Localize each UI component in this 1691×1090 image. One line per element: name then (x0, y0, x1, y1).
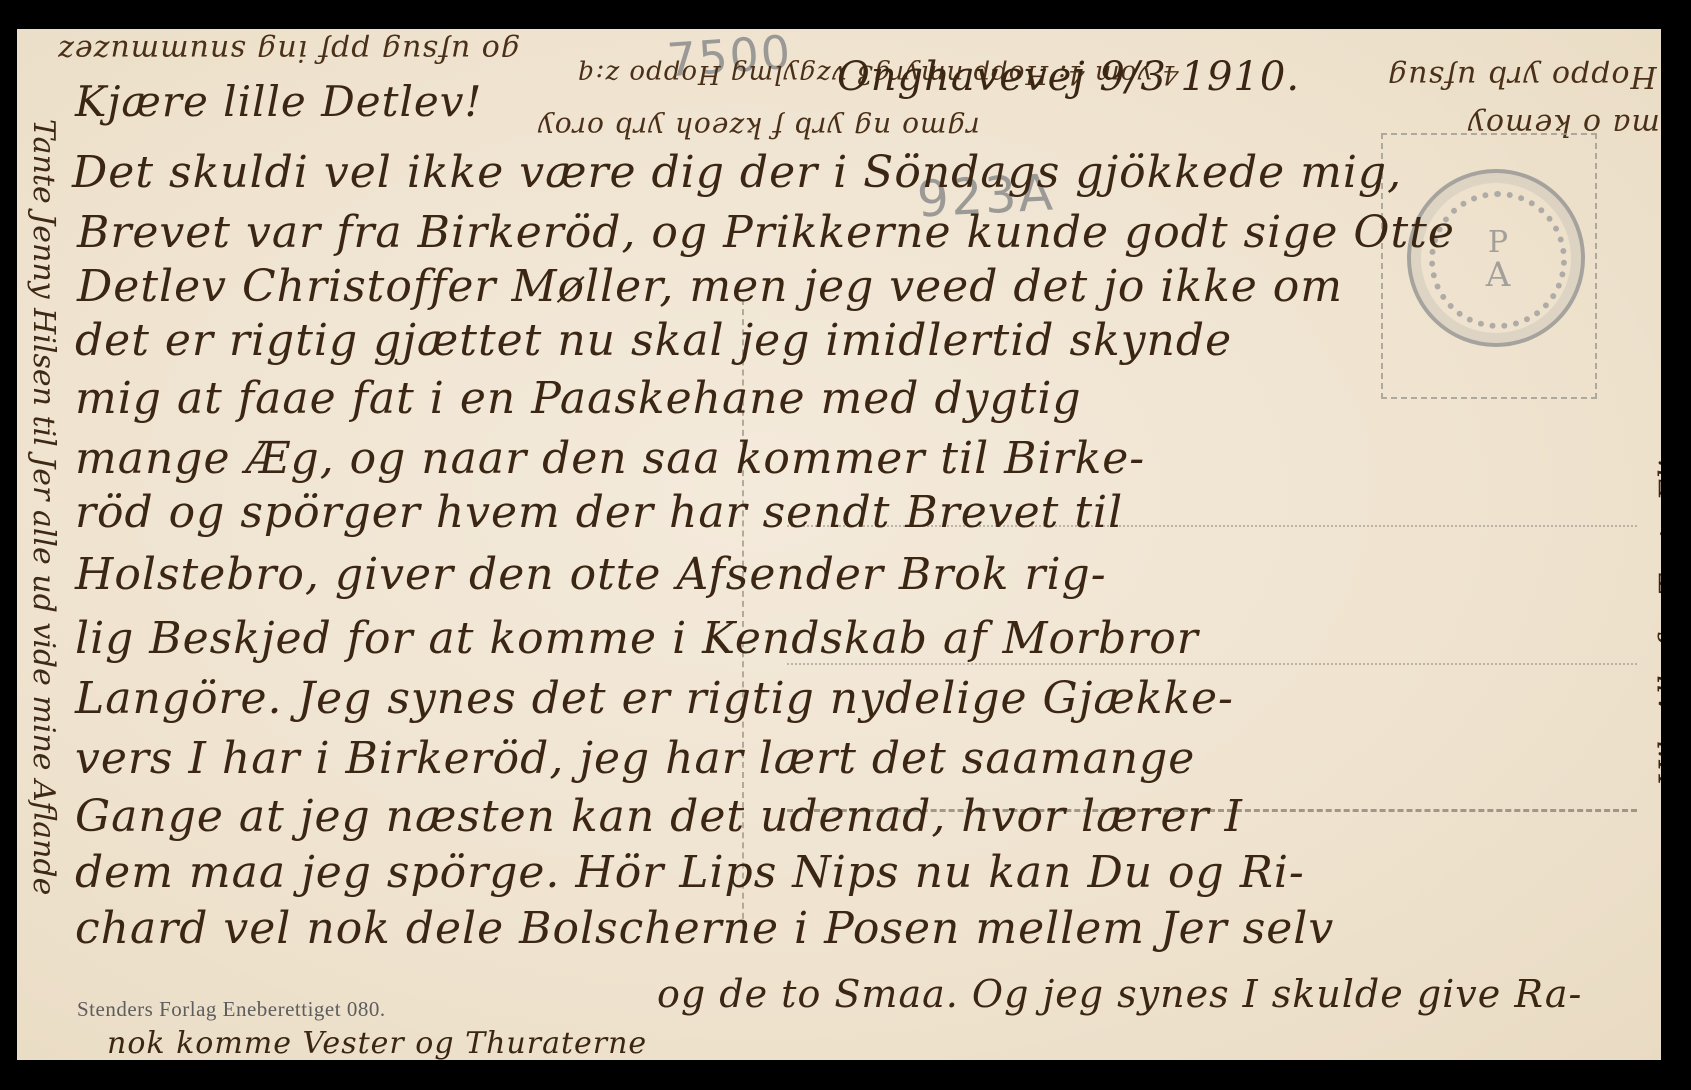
body-line: dem maa jeg spörge. Hör Lips Nips nu kan… (75, 851, 1305, 895)
body-line: röd og spörger hvem der har sendt Brevet… (75, 491, 1123, 535)
body-line: lig Beskjed for at komme i Kendskab af M… (75, 617, 1199, 661)
postcard-back: 7500 923A go ufsug ppf ing snummuzez 4 v… (17, 29, 1661, 1060)
place-and-date: Onghavevej 9/3 1910. (837, 57, 1300, 97)
monogram-stamp: P A (1407, 169, 1585, 347)
body-line: Brevet var fra Birkeröd, og Prikkerne ku… (77, 211, 1455, 255)
upside-down-line: rgmo ng yrb f kzeoh yrb oroy (537, 111, 980, 144)
body-line: det er rigtig gjættet nu skal jeg imidle… (75, 319, 1232, 363)
body-line: Langöre. Jeg synes det er rigtig nydelig… (75, 677, 1234, 721)
body-line: chard vel nok dele Bolscherne i Posen me… (75, 907, 1334, 951)
body-line: Det skuldi vel ikke være dig der i Sönda… (72, 151, 1402, 195)
body-line: og de to Smaa. Og jeg synes I skulde giv… (657, 975, 1582, 1013)
body-line: mig at faae fat i en Paaskehane med dygt… (75, 377, 1082, 421)
body-line: vers I har i Birkeröd, jeg har lært det … (75, 737, 1195, 781)
body-line: Gange at jeg næsten kan det udenad, hvor… (75, 795, 1243, 839)
upside-down-line: go ufsug ppf ing snummuzez (57, 33, 520, 68)
greeting: Kjære lille Detlev! (75, 81, 482, 123)
left-margin-note: Tante Jenny Hilsen til Jer alle ud vide … (26, 119, 61, 895)
body-line: Detlev Christoffer Møller, men jeg veed … (77, 265, 1343, 309)
right-margin-note: Hils Alle fra Tante Elise (1654, 427, 1661, 787)
stamp-monogram-top: P (1488, 228, 1508, 258)
stamp-monogram-bottom: A (1486, 258, 1511, 292)
publisher-imprint: Stenders Forlag Eneberettiget 080. (77, 997, 386, 1022)
body-line: mange Æg, og naar den saa kommer til Bir… (75, 437, 1145, 481)
body-line: nok komme Vester og Thuraterne (107, 1029, 647, 1059)
upside-down-line: Shuj Hoppo yrb ufsug (1387, 59, 1661, 94)
body-line: Holstebro, giver den otte Afsender Brok … (75, 553, 1107, 597)
